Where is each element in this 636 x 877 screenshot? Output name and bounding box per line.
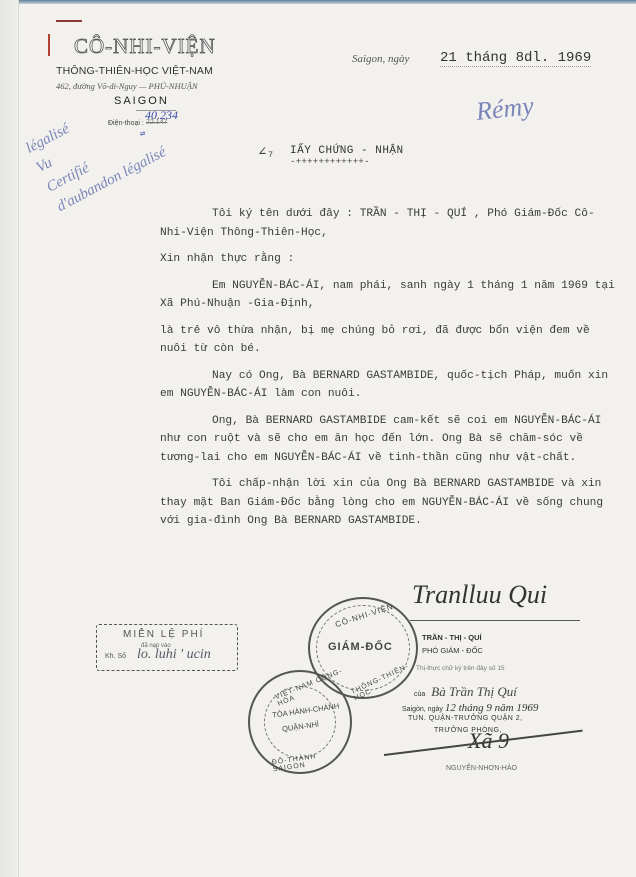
director-signature: Tranlluu Qui	[412, 580, 547, 610]
letterhead-org-name: CÔ-NHI-VIỆN	[74, 34, 216, 59]
body-paragraph: Nay có Ong, Bà BERNARD GASTAMBIDE, quốc-…	[160, 367, 620, 404]
signer-title: PHÓ GIÁM - ĐỐC	[422, 646, 483, 655]
certification-date: Saigòn, ngày 12 tháng 9 năm 1969	[402, 702, 538, 714]
certification-office: TUN. QUẬN-TRƯỞNG QUẬN 2,	[408, 715, 523, 722]
certification-date-label: Saigòn, ngày	[402, 706, 443, 713]
fee-stamp-line3: Kh. Sổ	[105, 653, 126, 660]
document-body: Tôi ký tên dưới đây : TRẦN - THỊ - QUÍ ,…	[160, 205, 620, 539]
fee-exemption-stamp: MIỄN LỆ PHÍ đã nạp vào Kh. Sổ lo. luhi '…	[96, 624, 238, 671]
scan-top-edge	[0, 0, 636, 4]
body-paragraph: là trẻ vô thừa nhận, bị mẹ chúng bỏ rơi,…	[160, 322, 620, 359]
title-mark-icon: ∠₇	[258, 144, 275, 161]
fee-stamp-title: MIỄN LỆ PHÍ	[123, 629, 204, 640]
certification-line: Thị-thực chữ ký trên đây số 15	[416, 665, 505, 672]
signer-name: TRẦN - THỊ - QUÍ	[422, 633, 482, 642]
letterhead-accent-bar	[56, 20, 82, 22]
certification-date-value: 12 tháng 9 năm 1969	[445, 702, 539, 714]
body-paragraph: Xin nhận thực rằng :	[160, 250, 620, 269]
handwritten-note-remy: Rémy	[475, 91, 536, 127]
body-paragraph: Ong, Bà BERNARD GASTAMBIDE cam-kết sẽ co…	[160, 412, 620, 468]
certification-of-value: Bà Trần Thị Quí	[431, 684, 517, 699]
seal-center-text: GIÁM-ĐỐC	[328, 641, 393, 653]
document-date: 21 tháng 8dl. 1969	[440, 50, 591, 67]
phone-new-number: 40.234	[145, 108, 178, 123]
signature-rule	[410, 620, 580, 621]
certification-of: củaBà Trần Thị Quí	[414, 684, 517, 700]
scan-left-edge	[0, 0, 19, 877]
body-paragraph: Tôi ký tên dưới đây : TRẦN - THỊ - QUÍ ,…	[160, 205, 620, 242]
fee-stamp-handwriting: lo. luhi ' ucin	[137, 647, 211, 663]
body-paragraph: Tôi chấp-nhận lời xin của Ong Bà BERNARD…	[160, 475, 620, 531]
chief-name: NGUYỄN-NHƠN-HẢO	[446, 765, 517, 772]
date-place: Saigon, ngày	[352, 53, 409, 65]
document-title-underline: -++++++++++++-	[290, 157, 370, 167]
letterhead-org-subtitle: THÔNG-THIÊN-HỌC VIỆT-NAM	[56, 65, 213, 77]
certification-of-label: của	[414, 691, 425, 698]
body-paragraph: Em NGUYỄN-BÁC-ÁI, nam phái, sanh ngày 1 …	[160, 277, 620, 314]
document-title: IẤY CHỨNG - NHẬN	[290, 145, 404, 157]
letterhead-bracket-mark	[48, 34, 54, 56]
district-office-seal: VIỆT-NAM CỘNG-HÒA TÒA HÀNH-CHÁNH QUẬN-NH…	[248, 670, 352, 774]
